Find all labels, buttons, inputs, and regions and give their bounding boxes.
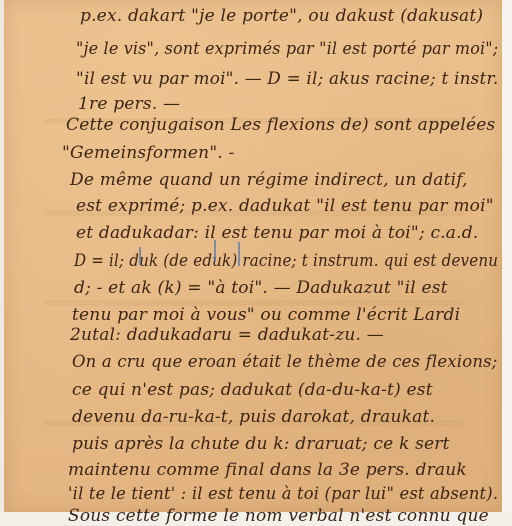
manuscript-line-16: devenu da-ru-ka-t, puis darokat, draukat…: [72, 407, 435, 427]
manuscript-line-7: De même quand un régime indirect, un dat…: [70, 170, 468, 190]
manuscript-line-12: tenu par moi à vous" ou comme l'écrit La…: [72, 305, 460, 325]
manuscript-line-8: est exprimé; p.ex. dadukat "il est tenu …: [76, 196, 494, 216]
manuscript-line-13: 2utal: dadukadaru = dadukat-zu. —: [70, 325, 384, 345]
manuscript-line-10: D = il; duk (de eduk) racine; t instrum.…: [74, 251, 498, 271]
manuscript-line-11: d; - et ak (k) = "à toi". — Dadukazut "i…: [74, 278, 448, 298]
manuscript-line-18: maintenu comme final dans la 3e pers. dr…: [68, 460, 467, 480]
manuscript-line-14: On a cru que eroan était le thème de ces…: [72, 352, 498, 372]
manuscript-line-3: "il est vu par moi". — D = il; akus raci…: [76, 69, 498, 89]
manuscript-line-6: "Gemeinsformen". -: [62, 143, 235, 163]
manuscript-line-17: puis après la chute du k: draruat; ce k …: [72, 434, 450, 454]
manuscript-line-1: p.ex. dakart "je le porte", ou dakust (d…: [80, 6, 483, 26]
manuscript-line-19: 'il te le tient' : il est tenu à toi (pa…: [68, 484, 498, 504]
manuscript-line-20: Sous cette forme le nom verbal n'est con…: [68, 506, 489, 512]
blue-pencil-mark: [238, 242, 240, 266]
manuscript-line-5: Cette conjugaison Les flexions de) sont …: [66, 115, 495, 135]
manuscript-line-4: 1re pers. —: [78, 94, 180, 114]
manuscript-line-15: ce qui n'est pas; dadukat (da-du-ka-t) e…: [72, 380, 433, 400]
scan-edge-right: [502, 0, 512, 512]
blue-pencil-mark: [214, 240, 216, 262]
blue-pencil-mark: [139, 247, 141, 265]
manuscript-line-2: "je le vis", sont exprimés par "il est p…: [76, 39, 498, 59]
manuscript-line-9: et dadukadar: il est tenu par moi à toi"…: [76, 223, 478, 243]
